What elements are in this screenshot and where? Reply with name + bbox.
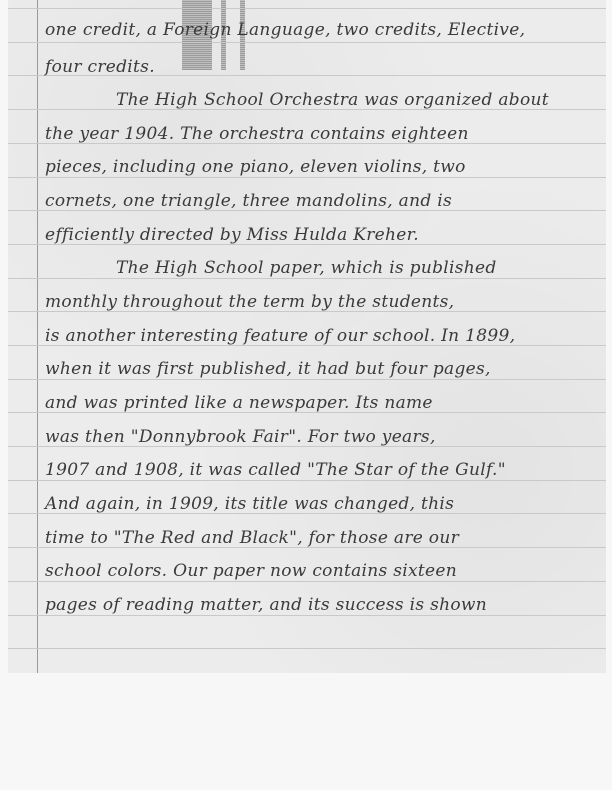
text-line: four credits. xyxy=(45,57,155,77)
ruled-line xyxy=(8,278,606,279)
text-line: time to "The Red and Black", for those a… xyxy=(45,528,459,548)
ruled-line xyxy=(8,177,606,178)
text-line: when it was first published, it had but … xyxy=(45,359,491,379)
text-line: pieces, including one piano, eleven viol… xyxy=(45,157,466,177)
text-line: efficiently directed by Miss Hulda Krehe… xyxy=(45,225,419,245)
scanned-page: one credit, a Foreign Language, two cred… xyxy=(8,0,606,673)
text-line: was then "Donnybrook Fair". For two year… xyxy=(45,427,436,447)
text-line: monthly throughout the term by the stude… xyxy=(45,292,454,312)
ruled-line xyxy=(8,480,606,481)
ruled-line xyxy=(8,581,606,582)
text-line: 1907 and 1908, it was called "The Star o… xyxy=(45,460,506,480)
margin-line xyxy=(37,0,38,673)
text-line: And again, in 1909, its title was change… xyxy=(45,494,454,514)
text-line: and was printed like a newspaper. Its na… xyxy=(45,393,433,413)
text-line: cornets, one triangle, three mandolins, … xyxy=(45,191,452,211)
ruled-line xyxy=(8,8,606,9)
ruled-line xyxy=(8,648,606,649)
text-line: the year 1904. The orchestra contains ei… xyxy=(45,124,469,144)
text-line: school colors. Our paper now contains si… xyxy=(45,561,457,581)
ruled-line xyxy=(8,379,606,380)
text-line: pages of reading matter, and its success… xyxy=(45,595,487,615)
ruled-line xyxy=(8,615,606,616)
text-line: The High School Orchestra was organized … xyxy=(116,90,549,110)
text-line: is another interesting feature of our sc… xyxy=(45,326,515,346)
text-line: The High School paper, which is publishe… xyxy=(116,258,497,278)
ruled-line xyxy=(8,42,606,43)
text-line: one credit, a Foreign Language, two cred… xyxy=(45,20,525,40)
